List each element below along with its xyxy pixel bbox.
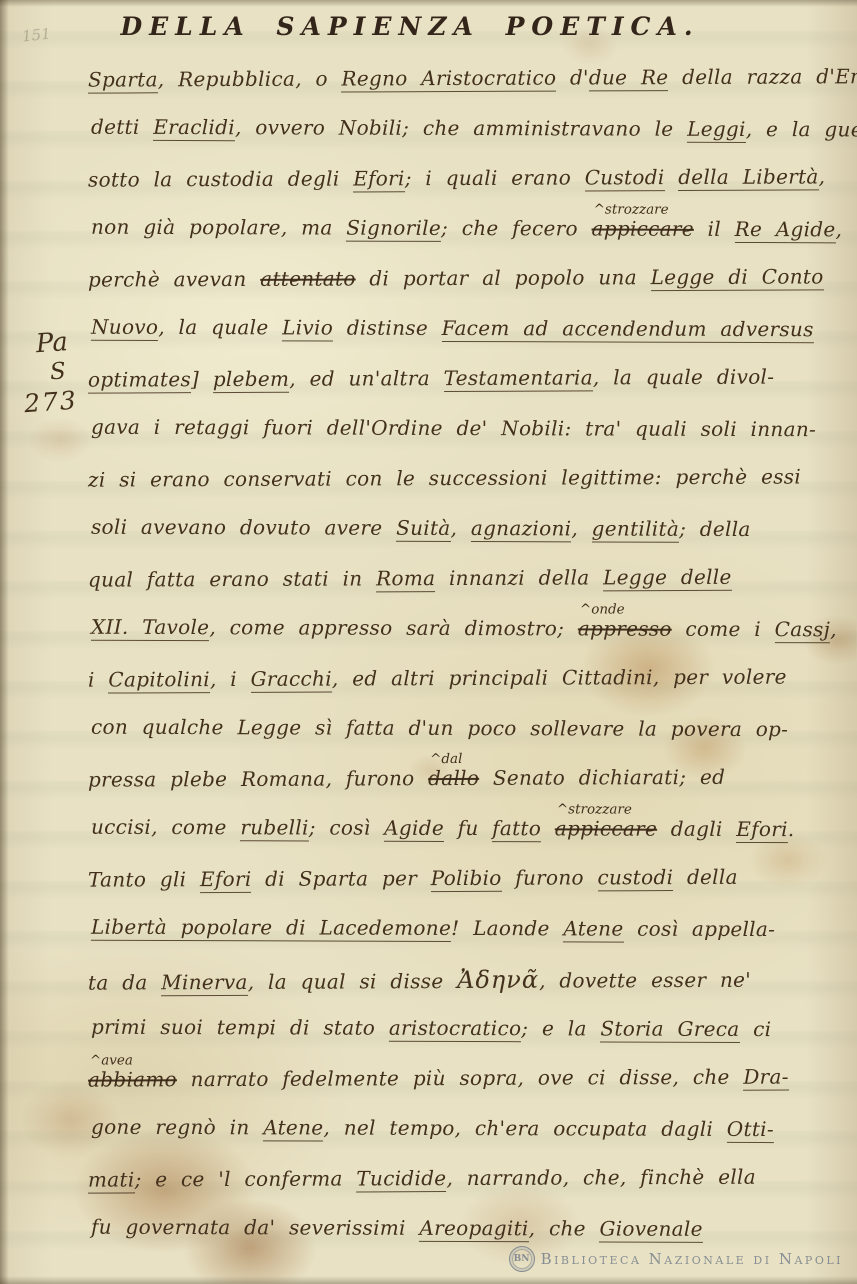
text-segment: ; così (309, 815, 385, 839)
text-segment: ; che fecero (441, 216, 592, 241)
struck-word: abbiamo (88, 1067, 177, 1091)
text-segment: così appella- (623, 917, 775, 942)
text-segment: Senato dichiarati; ed (479, 765, 725, 790)
text-segment: non già popolare, ma (91, 215, 346, 240)
text-segment: furono (502, 865, 598, 889)
text-segment: soli avevano dovuto avere (91, 515, 396, 540)
underlined-term: optimates (88, 367, 191, 393)
text-segment: , (819, 164, 826, 188)
manuscript-line: soli avevano dovuto avere Suità, agnazio… (91, 501, 828, 554)
text-segment: perchè avevan (88, 267, 260, 292)
underlined-term: Giovenale (599, 1216, 702, 1242)
page-edge-right (839, 0, 857, 1284)
correction: ^aveaabbiamo (88, 1067, 177, 1091)
underlined-term: agnazioni (471, 516, 572, 542)
text-segment: d' (556, 65, 589, 89)
underlined-term: Minerva (161, 970, 248, 996)
underlined-term: XII. Tavole (91, 615, 209, 641)
page-title: DELLA SAPIENZA POETICA. (0, 12, 820, 41)
manuscript-line: gone regnò in Atene, nel tempo, ch'era o… (91, 1101, 828, 1154)
underlined-term: Regno Aristocratico (341, 66, 556, 93)
underlined-term: Signorile (346, 216, 441, 242)
page-edge-bottom (0, 1276, 857, 1284)
greek-term: Ἀδηνᾶ (457, 966, 539, 994)
text-segment (541, 816, 555, 840)
manuscript-line: XII. Tavole, come appresso sarà dimostro… (91, 601, 828, 654)
correction: ^ondeappresso (578, 616, 672, 640)
text-segment: di portar al popolo una (356, 265, 651, 290)
underlined-term: Libertà popolare di Lacedemone (91, 915, 451, 942)
margin-note: Pa S 273 (17, 326, 93, 419)
manuscript-line: i Capitolini, i Gracchi, ed altri princi… (88, 650, 828, 703)
underlined-term: Capitolini (108, 667, 210, 693)
page-edge-left (0, 0, 9, 1284)
manuscript-line: Tanto gli Efori di Sparta per Polibio fu… (88, 850, 828, 903)
inserted-word: ^strozzare (557, 801, 632, 817)
underlined-term: Tucidide (356, 1166, 446, 1192)
text-segment: i (88, 668, 108, 692)
underlined-term: Custodi (585, 165, 665, 191)
underlined-term: Efori (736, 817, 788, 843)
underlined-term: Agide (384, 816, 444, 842)
struck-word: dallo (428, 766, 479, 790)
underlined-term: Re Agide (735, 217, 836, 243)
manuscript-line: ^aveaabbiamo narrato fedelmente più sopr… (88, 1050, 828, 1103)
text-segment: , come appresso sarà dimostro; (209, 615, 578, 640)
underlined-term: Storia Greca (600, 1016, 739, 1042)
struck-word: appiccare (555, 816, 657, 840)
underlined-term: Efori (200, 867, 252, 893)
text-segment: , ovvero Nobili; che amministravano le (235, 115, 687, 141)
underlined-term: Livio (282, 315, 333, 341)
text-segment: della razza d'Ercole, (668, 64, 857, 89)
text-segment: , nel tempo, ch'era occupata dagli (323, 1116, 726, 1141)
margin-note-line: Pa (35, 326, 89, 361)
text-segment: , ed un'altra (289, 366, 443, 391)
text-segment: gone regnò in (91, 1115, 263, 1140)
margin-note-line: 273 (23, 384, 93, 419)
text-segment: , (836, 217, 843, 241)
manuscript-line: Sparta, Repubblica, o Regno Aristocratic… (88, 50, 828, 103)
text-segment: gava i retaggi fuori dell'Ordine de' Nob… (91, 415, 816, 442)
text-segment: ! Laonde (451, 916, 563, 940)
manuscript-line: gava i retaggi fuori dell'Ordine de' Nob… (91, 401, 828, 454)
underlined-term: plebem (213, 367, 290, 393)
text-segment: , e la guerra (746, 117, 857, 142)
text-segment: , la quale (158, 315, 282, 339)
text-segment: qual fatta erano stati in (88, 566, 376, 591)
text-segment: primi suoi tempi di stato (91, 1015, 389, 1040)
text-segment: , dovette esser ne' (539, 968, 751, 993)
underlined-term: Sparta (88, 67, 158, 93)
underlined-term: due Re (589, 65, 669, 91)
text-segment: narrato fedelmente più sopra, ove ci dis… (177, 1065, 743, 1091)
text-segment (664, 165, 678, 189)
inserted-word: ^onde (580, 601, 625, 617)
text-segment: innanzi della (435, 565, 603, 590)
text-segment: , narrando, che, finchè ella (446, 1165, 756, 1190)
text-segment: dagli (657, 817, 736, 841)
manuscript-page: 151 DELLA SAPIENZA POETICA. Pa S 273 Spa… (0, 0, 857, 1284)
text-segment: fu governata da' severissimi (91, 1215, 420, 1240)
manuscript-line: non già popolare, ma Signorile; che fece… (91, 201, 828, 254)
text-segment: sotto la custodia degli (88, 166, 353, 191)
struck-word: appresso (578, 616, 672, 640)
underlined-term: gentilità (592, 516, 680, 542)
text-segment: ] (191, 367, 213, 391)
text-segment: uccisi, come (91, 815, 240, 840)
underlined-term: fatto (492, 816, 541, 842)
inserted-word: ^strozzare (594, 201, 669, 217)
text-segment: pressa plebe Romana, furono (88, 766, 428, 791)
manuscript-line: optimates] plebem, ed un'altra Testament… (88, 350, 828, 403)
text-segment: , Repubblica, o (158, 67, 342, 92)
underlined-term: Nuovo (91, 315, 158, 341)
manuscript-line: mati; e ce 'l conferma Tucidide, narrand… (88, 1150, 828, 1203)
text-segment: ; i quali erano (405, 165, 585, 190)
manuscript-line: qual fatta erano stati in Roma innanzi d… (88, 550, 828, 603)
text-segment: . (788, 817, 795, 841)
inserted-word: ^dal (430, 751, 462, 767)
correction: ^daldallo (428, 766, 479, 790)
underlined-term: Areopagiti (419, 1216, 528, 1242)
manuscript-line: primi suoi tempi di stato aristocratico;… (91, 1001, 828, 1054)
text-segment: zi si erano conservati con le succession… (88, 465, 801, 492)
manuscript-line: Libertà popolare di Lacedemone! Laonde A… (91, 901, 828, 954)
text-segment: , ed altri principali Cittadini, per vol… (332, 665, 787, 691)
text-segment: detti (91, 115, 153, 139)
text-segment: , la quale divol- (593, 365, 774, 390)
underlined-term: Atene (263, 1115, 323, 1141)
underlined-term: Otti- (727, 1117, 774, 1143)
underlined-term: custodi (597, 865, 673, 891)
underlined-term: aristocratico (389, 1016, 522, 1042)
underlined-term: Atene (563, 916, 623, 942)
underlined-term: Dra- (743, 1065, 789, 1091)
manuscript-line: Nuovo, la quale Livio distinse Facem ad … (91, 301, 828, 354)
text-segment: fu (444, 816, 492, 840)
underlined-term: Eraclidi (153, 115, 235, 141)
underlined-term: Legge di Conto (651, 264, 824, 291)
underlined-term: Suità (396, 516, 451, 542)
underlined-term: Roma (376, 566, 435, 592)
margin-note-line: S (49, 357, 91, 387)
text-segment: ta da (88, 970, 161, 994)
manuscript-line: fu governata da' severissimi Areopagiti,… (91, 1201, 828, 1254)
underlined-term: della Libertà (678, 164, 819, 191)
text-segment: ; e la (521, 1016, 600, 1040)
manuscript-line: zi si erano conservati con le succession… (88, 450, 828, 503)
page-edge-top (0, 0, 857, 7)
underlined-term: Testamentaria (444, 365, 593, 392)
inserted-word: ^avea (90, 1052, 133, 1068)
correction: ^strozzareappiccare (555, 816, 657, 840)
text-segment: , la qual si disse (248, 969, 458, 994)
underlined-term: Facem ad accendendum adversus (442, 316, 814, 343)
struck-word: appiccare (592, 216, 694, 240)
manuscript-line: perchè avevan attentato di portar al pop… (88, 250, 828, 303)
text-segment: ; e ce 'l conferma (134, 1166, 356, 1191)
underlined-term: Efori (353, 166, 405, 192)
manuscript-line: detti Eraclidi, ovvero Nobili; che ammin… (91, 101, 828, 154)
struck-word: attentato (260, 266, 356, 290)
text-segment: , (451, 516, 471, 540)
text-segment: distinse (333, 316, 442, 340)
manuscript-line: sotto la custodia degli Efori; i quali e… (88, 150, 828, 203)
manuscript-line: pressa plebe Romana, furono ^daldallo Se… (88, 750, 828, 803)
text-segment: , (571, 516, 591, 540)
text-segment: come i (672, 617, 775, 641)
correction: ^strozzareappiccare (592, 216, 694, 240)
text-segment: il (694, 217, 735, 241)
underlined-term: Leggi (687, 117, 746, 143)
text-segment: Tanto gli (88, 867, 200, 891)
manuscript-lines: Sparta, Repubblica, o Regno Aristocratic… (88, 52, 828, 1252)
manuscript-line: ta da Minerva, la qual si disse Ἀδηνᾶ, d… (88, 950, 828, 1003)
manuscript-line: con qualche Legge sì fatta d'un poco sol… (91, 701, 828, 754)
underlined-term: rubelli (240, 815, 308, 841)
text-segment: con qualche Legge sì fatta d'un poco sol… (91, 715, 788, 741)
text-segment: , (830, 617, 837, 641)
underlined-term: Polibio (431, 866, 502, 892)
underlined-term: mati (88, 1167, 135, 1193)
text-segment: ci (739, 1017, 771, 1041)
text-segment: della (673, 865, 738, 889)
text-segment: , i (210, 667, 251, 691)
underlined-term: Gracchi (251, 667, 332, 693)
manuscript-line: uccisi, come rubelli; così Agide fu fatt… (91, 801, 828, 854)
underlined-term: Legge delle (603, 565, 732, 592)
text-segment: ; della (679, 517, 751, 541)
text-segment: di Sparta per (251, 866, 430, 891)
text-segment: , che (529, 1216, 600, 1240)
underlined-term: Cassj (775, 617, 831, 643)
